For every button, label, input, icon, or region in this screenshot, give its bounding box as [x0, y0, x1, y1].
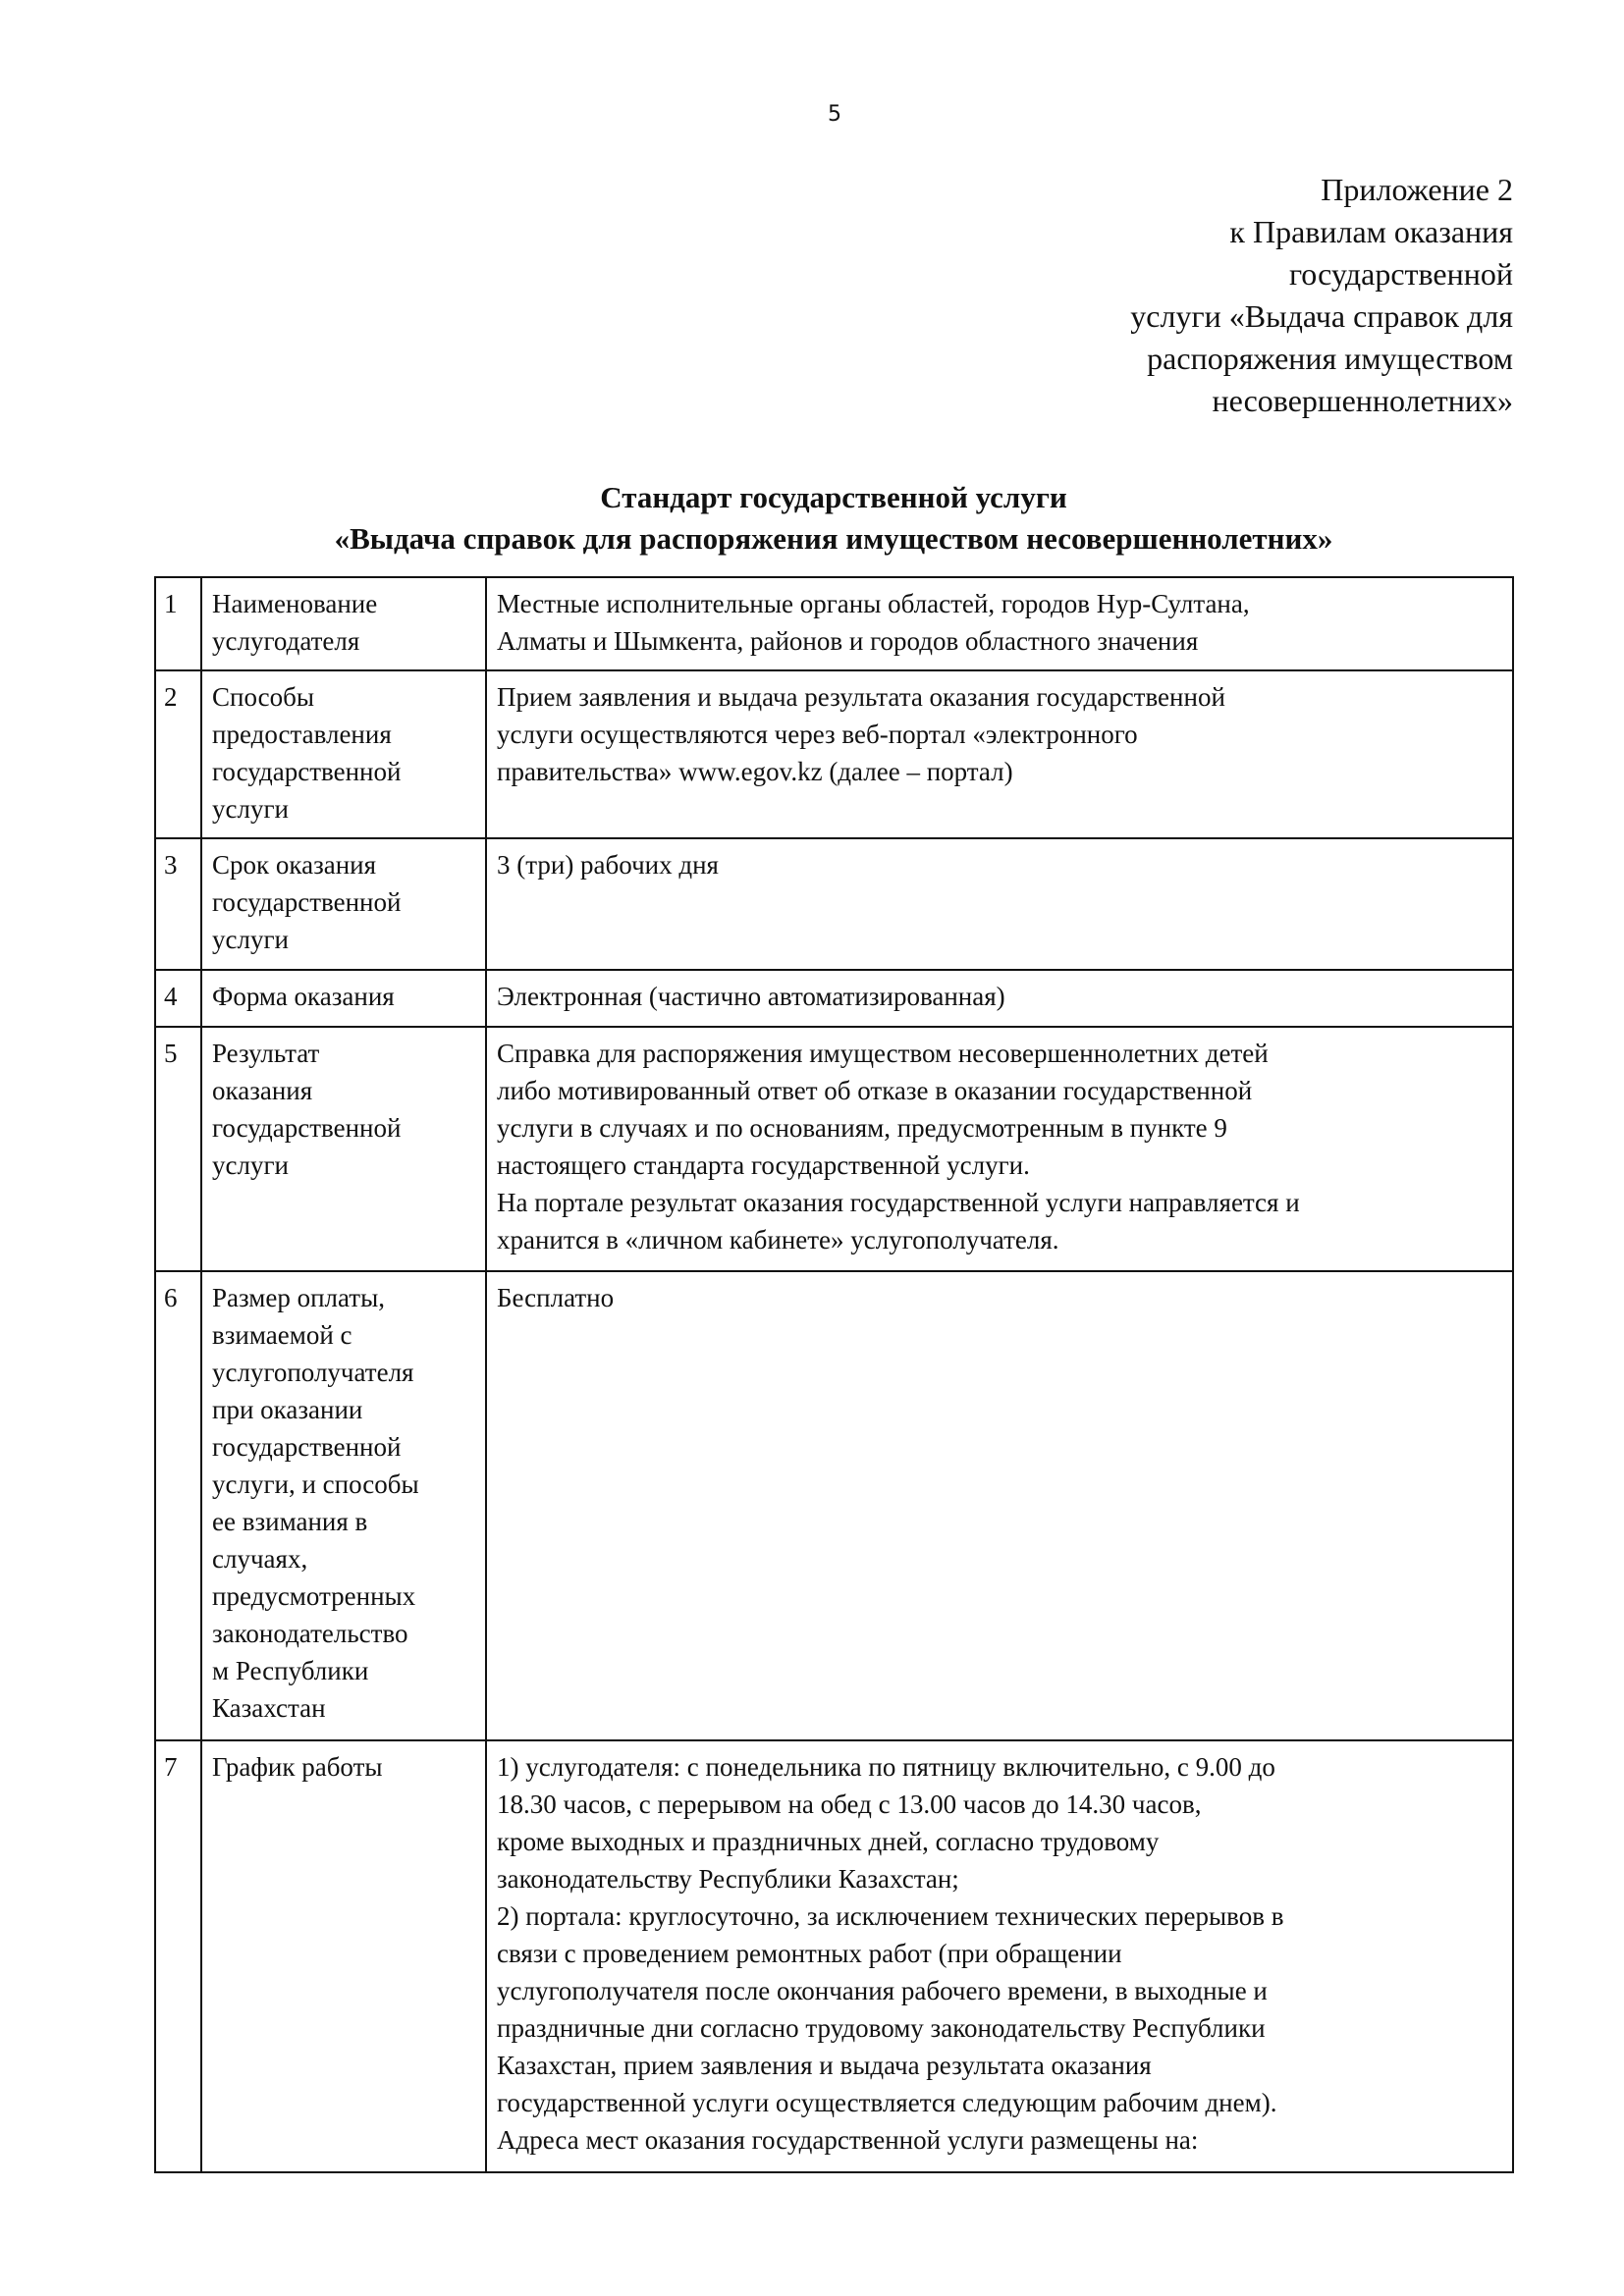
row-number: 2: [155, 670, 201, 838]
table-row: 5 Результат оказания государственной усл…: [155, 1027, 1513, 1271]
row-number: 1: [155, 577, 201, 670]
service-standard-table: 1 Наименование услугодателя Местные испо…: [154, 576, 1514, 2173]
row-value: Бесплатно: [486, 1271, 1513, 1740]
row-name: Срок оказания государственной услуги: [201, 838, 486, 970]
table-row: 3 Срок оказания государственной услуги 3…: [155, 838, 1513, 970]
appendix-line: государственной: [1130, 253, 1513, 295]
row-name: Наименование услугодателя: [201, 577, 486, 670]
row-value: Электронная (частично автоматизированная…: [486, 970, 1513, 1027]
row-number: 6: [155, 1271, 201, 1740]
table-row: 2 Способы предоставления государственной…: [155, 670, 1513, 838]
page-number: 5: [0, 102, 1624, 127]
row-name: Форма оказания: [201, 970, 486, 1027]
row-name: Способы предоставления государственной у…: [201, 670, 486, 838]
appendix-line: услуги «Выдача справок для: [1130, 295, 1513, 338]
row-value: 1) услугодателя: с понедельника по пятни…: [486, 1740, 1513, 2172]
row-value: 3 (три) рабочих дня: [486, 838, 1513, 970]
row-number: 3: [155, 838, 201, 970]
row-number: 4: [155, 970, 201, 1027]
document-title: Стандарт государственной услуги «Выдача …: [154, 477, 1513, 560]
row-value: Справка для распоряжения имуществом несо…: [486, 1027, 1513, 1271]
row-name: График работы: [201, 1740, 486, 2172]
table-row: 6 Размер оплаты, взимаемой с услугополуч…: [155, 1271, 1513, 1740]
appendix-line: к Правилам оказания: [1130, 211, 1513, 253]
title-line-1: Стандарт государственной услуги: [154, 477, 1513, 518]
appendix-line: несовершеннолетних»: [1130, 380, 1513, 422]
appendix-reference: Приложение 2 к Правилам оказания государ…: [1130, 169, 1513, 422]
table-row: 1 Наименование услугодателя Местные испо…: [155, 577, 1513, 670]
row-name: Размер оплаты, взимаемой с услугополучат…: [201, 1271, 486, 1740]
row-value: Местные исполнительные органы областей, …: [486, 577, 1513, 670]
row-name: Результат оказания государственной услуг…: [201, 1027, 486, 1271]
row-number: 7: [155, 1740, 201, 2172]
appendix-line: Приложение 2: [1130, 169, 1513, 211]
row-value: Прием заявления и выдача результата оказ…: [486, 670, 1513, 838]
table-row: 7 График работы 1) услугодателя: с понед…: [155, 1740, 1513, 2172]
row-number: 5: [155, 1027, 201, 1271]
title-line-2: «Выдача справок для распоряжения имущест…: [154, 518, 1513, 560]
table-row: 4 Форма оказания Электронная (частично а…: [155, 970, 1513, 1027]
appendix-line: распоряжения имуществом: [1130, 338, 1513, 380]
